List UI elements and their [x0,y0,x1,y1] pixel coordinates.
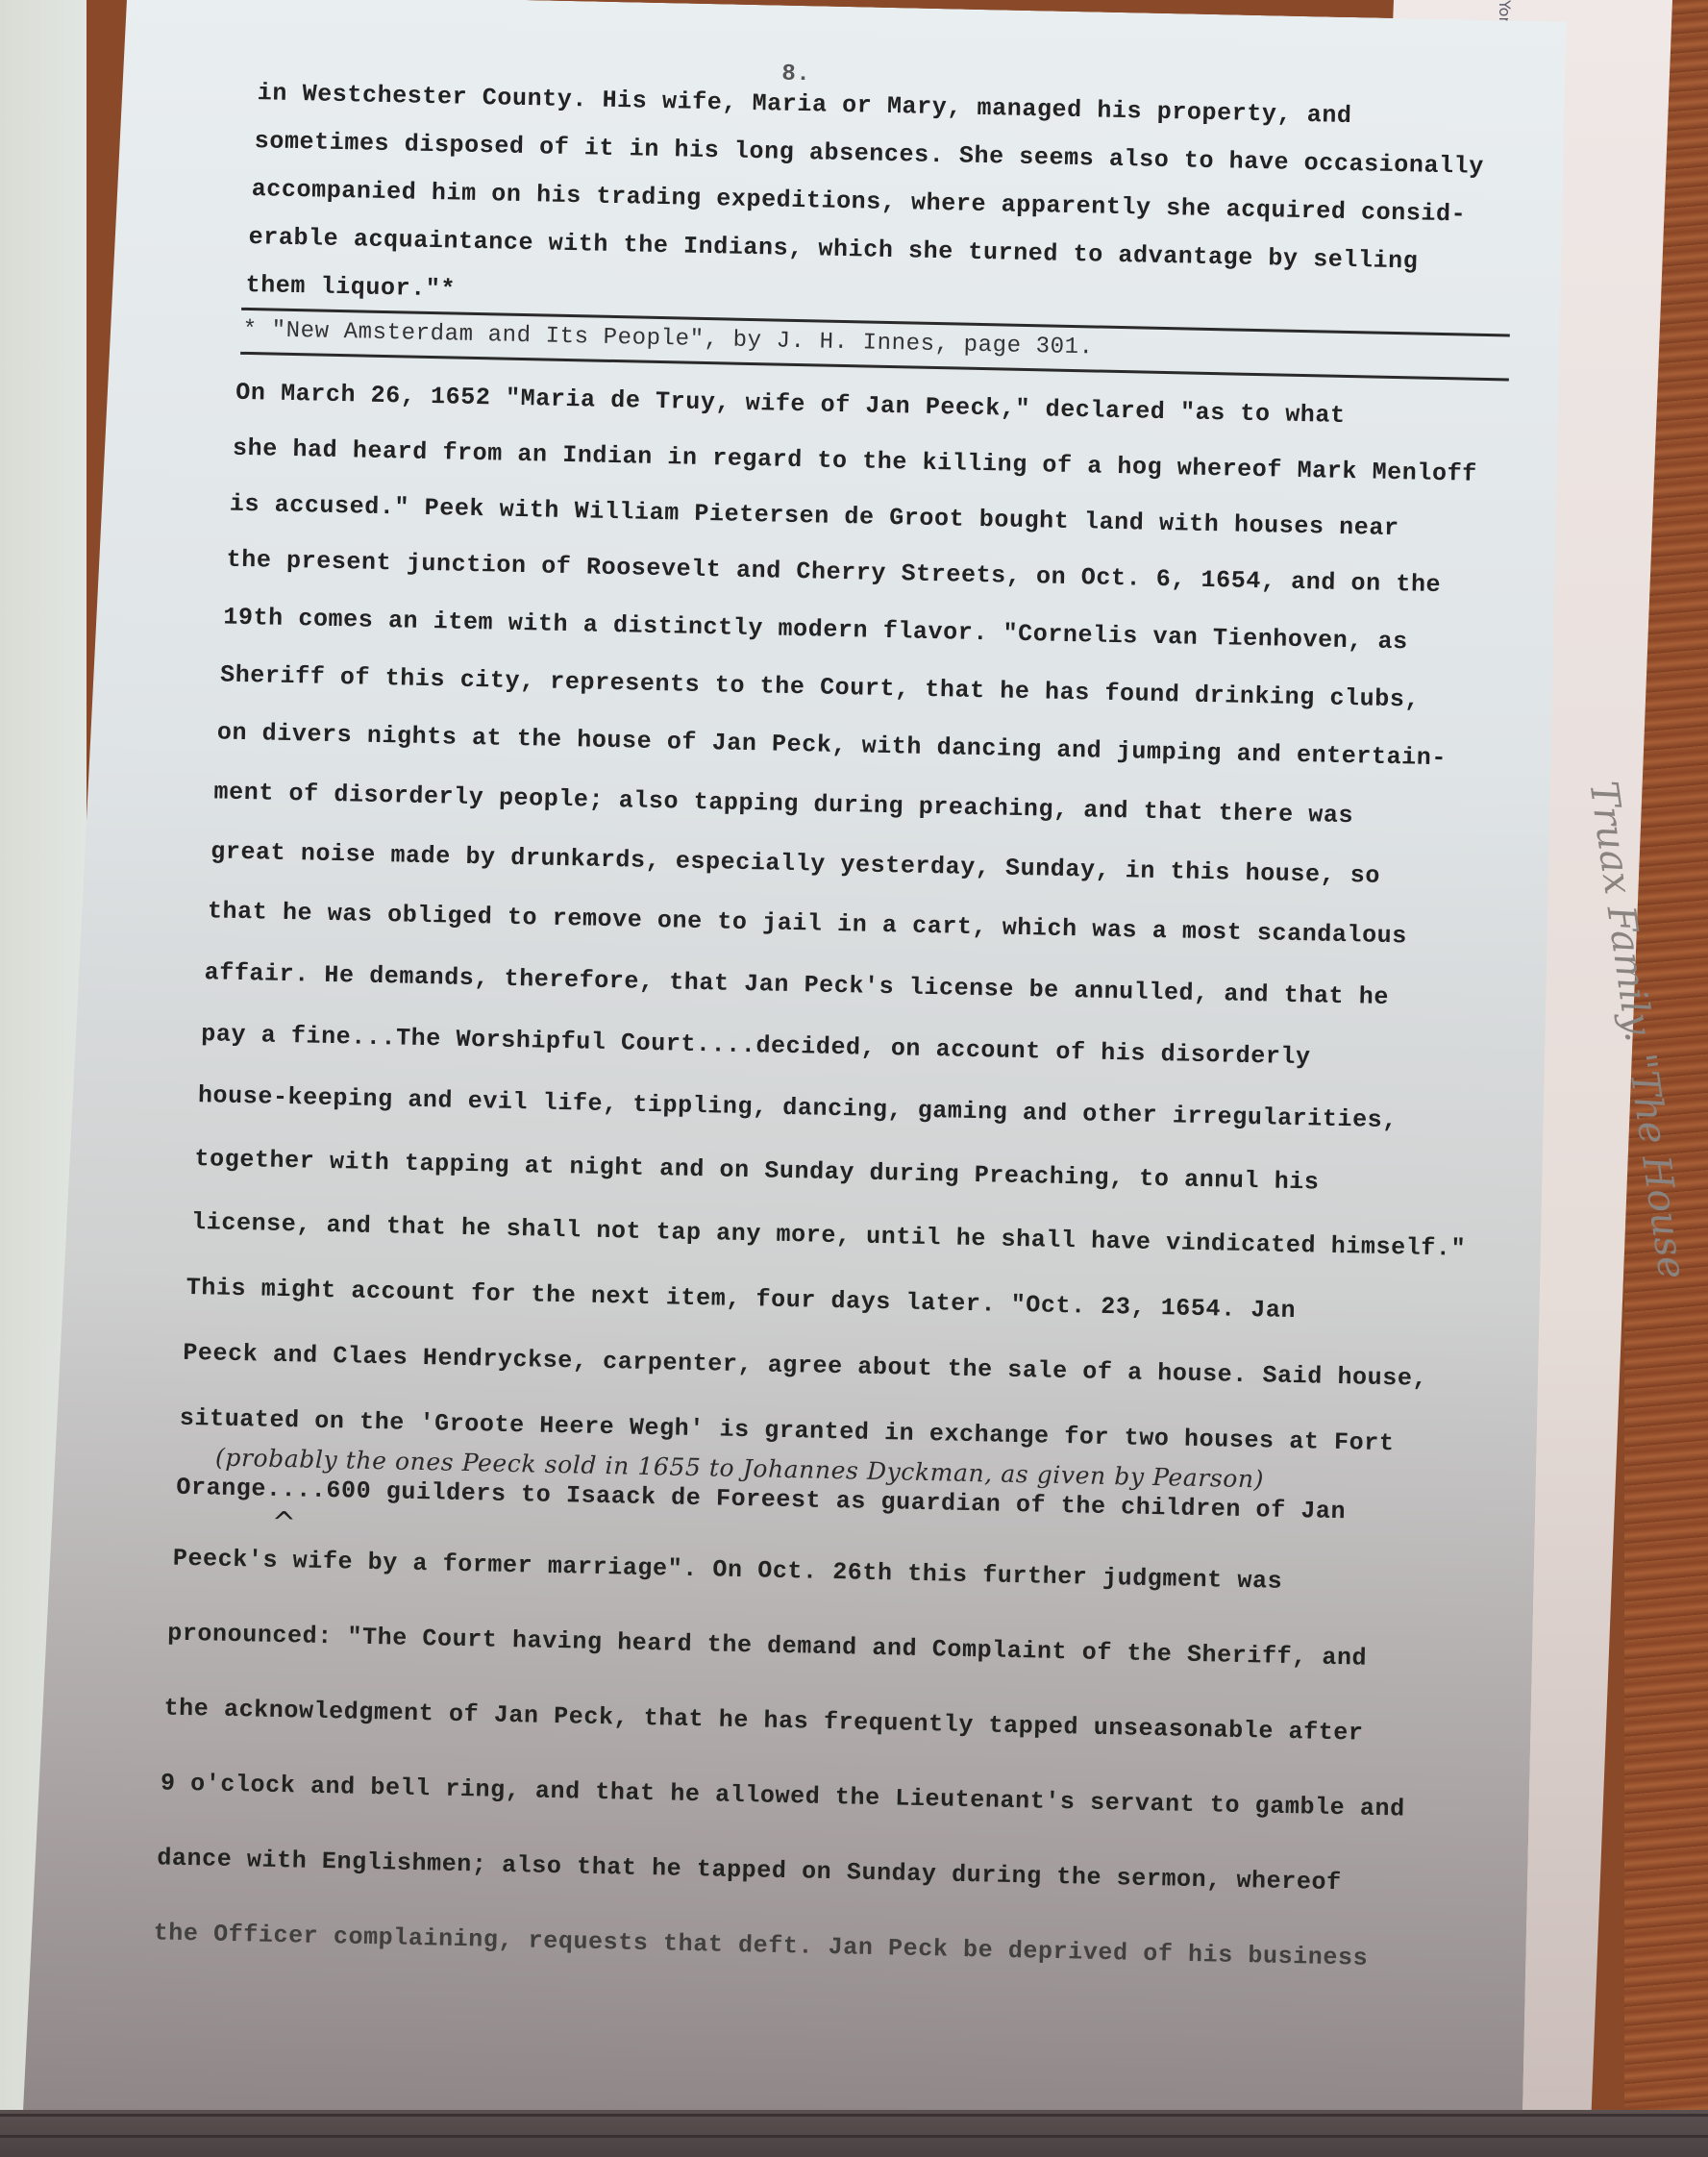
text-line: she had heard from an Indian in regard t… [233,434,1477,488]
text-line: great noise made by drunkards, especiall… [210,837,1380,889]
text-line: Peeck and Claes Hendryckse, carpenter, a… [183,1339,1427,1393]
text-line: that he was obliged to remove one to jai… [208,897,1408,950]
text-line: the present junction of Roosevelt and Ch… [226,546,1441,599]
text-line: dance with Englishmen; also that he tapp… [157,1844,1342,1897]
text-line: them liquor."* [245,271,456,304]
text-line: Sheriff of this city, represents to the … [220,660,1421,713]
page-text-block: 8. in Westchester County. His wife, Mari… [67,0,1567,22]
insert-caret-mark: ^ [271,1506,296,1541]
text-line: together with tapping at night and on Su… [194,1145,1320,1197]
text-line-cut-off: the Officer complaining, requests that d… [153,1919,1368,1971]
stack-edge-line [0,2114,1708,2117]
text-line: pronounced: "The Court having heard the … [167,1620,1368,1673]
text-line: 19th comes an item with a distinctly mod… [223,604,1408,657]
paper-stack-edges [0,2110,1708,2157]
page-number: 8. [781,62,811,88]
text-line: house-keeping and evil life, tippling, d… [198,1081,1399,1134]
typewritten-page: 8. in Westchester County. His wife, Mari… [23,0,1567,2150]
text-line: sometimes disposed of it in his long abs… [254,127,1484,181]
text-line: On March 26, 1652 "Maria de Truy, wife o… [235,379,1346,430]
text-line: is accused." Peek with William Pietersen… [230,490,1399,542]
text-line: pay a fine...The Worshipful Court....dec… [201,1020,1311,1071]
text-line: affair. He demands, therefore, that Jan … [204,958,1389,1011]
text-line: erable acquaintance with the Indians, wh… [248,223,1418,275]
text-line: This might account for the next item, fo… [186,1274,1296,1325]
text-line: ment of disorderly people; also tapping … [213,778,1353,830]
text-line: 9 o'clock and bell ring, and that he all… [161,1769,1405,1822]
text-line: license, and that he shall not tap any m… [191,1208,1467,1263]
text-line: the acknowledgment of Jan Peck, that he … [163,1695,1364,1748]
text-line: Peeck's wife by a former marriage". On O… [173,1545,1283,1596]
stack-edge-line [0,2135,1708,2138]
text-line: accompanied him on his trading expeditio… [251,175,1466,228]
text-line: on divers nights at the house of Jan Pec… [217,718,1448,772]
